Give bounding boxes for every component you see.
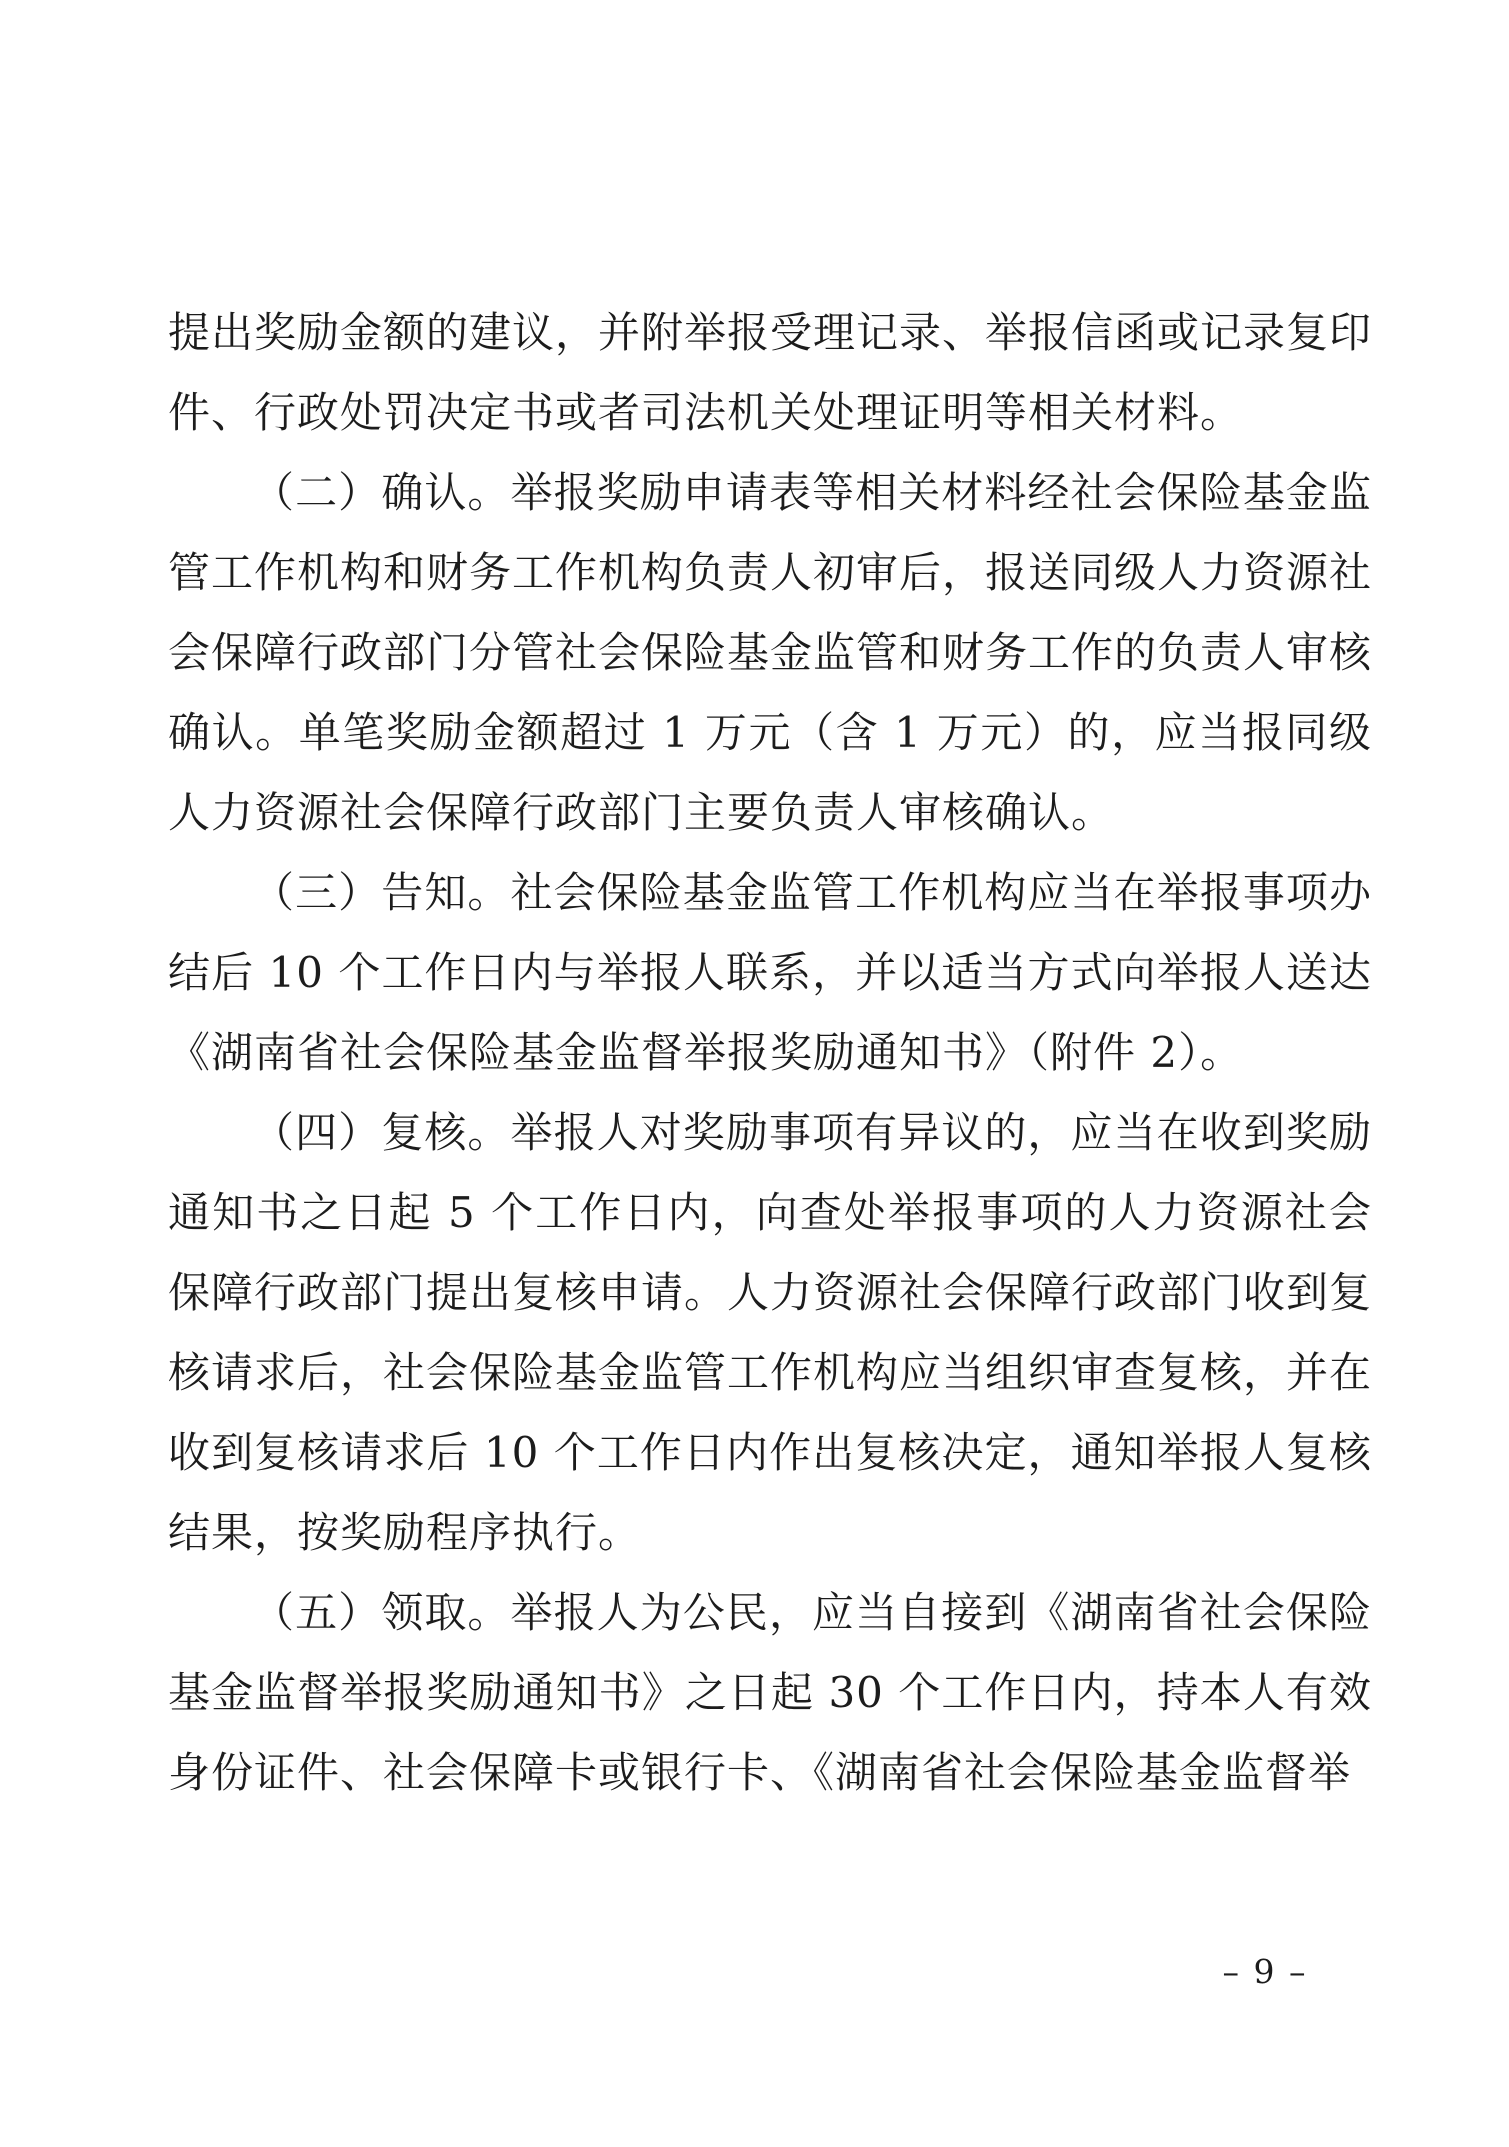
document-body: 提出奖励金额的建议，并附举报受理记录、举报信函或记录复印件、行政处罚决定书或者司… — [168, 293, 1372, 1813]
paragraph-continuation: 提出奖励金额的建议，并附举报受理记录、举报信函或记录复印件、行政处罚决定书或者司… — [168, 293, 1372, 453]
paragraph-item-4-review: （四）复核。举报人对奖励事项有异议的，应当在收到奖励通知书之日起 5 个工作日内… — [168, 1093, 1372, 1573]
document-page: 提出奖励金额的建议，并附举报受理记录、举报信函或记录复印件、行政处罚决定书或者司… — [0, 0, 1509, 2147]
paragraph-item-3-notify: （三）告知。社会保险基金监管工作机构应当在举报事项办结后 10 个工作日内与举报… — [168, 853, 1372, 1093]
paragraph-item-2-confirm: （二）确认。举报奖励申请表等相关材料经社会保险基金监管工作机构和财务工作机构负责… — [168, 453, 1372, 853]
paragraph-item-5-collect: （五）领取。举报人为公民，应当自接到《湖南省社会保险基金监督举报奖励通知书》之日… — [168, 1573, 1372, 1813]
page-number: – 9 – — [1195, 1952, 1335, 1992]
